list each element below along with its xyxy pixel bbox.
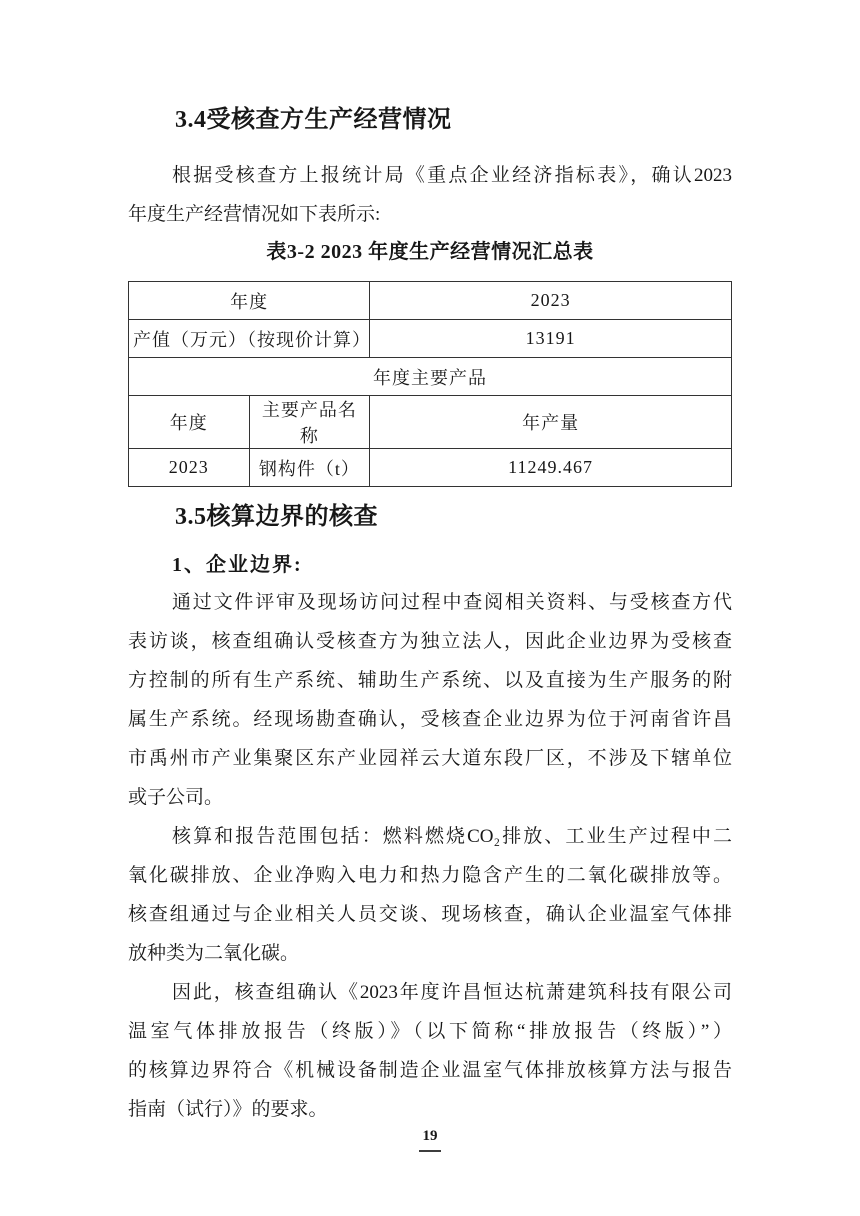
page-number-underline	[419, 1150, 441, 1152]
table-cell-data-year: 2023	[129, 449, 250, 487]
page-content: 3.4受核查方生产经营情况 根据受核查方上报统计局《重点企业经济指标表》，确认2…	[128, 0, 732, 1129]
text-line: 表访谈，核查组确认受核查方为独立法人，因此企业边界为受核查	[128, 622, 732, 661]
table-cell-output-value: 13191	[370, 320, 732, 358]
text-line: 核查组通过与企业相关人员交谈、现场核查，确认企业温室气体排	[128, 895, 732, 934]
text-line: 指南（试行）》的要求。	[128, 1090, 732, 1129]
subheading-enterprise-boundary: 1、企业边界:	[128, 549, 732, 581]
table-cell-data-product: 钢构件（t）	[249, 449, 370, 487]
boundary-paragraph: 通过文件评审及现场访问过程中查阅相关资料、与受核查方代表访谈，核查组确认受核查方…	[128, 583, 732, 817]
section-heading-3-4: 3.4受核查方生产经营情况	[128, 100, 732, 140]
table-row-year: 年度 2023	[129, 282, 732, 320]
table-row-columns-header: 年度 主要产品名称 年产量	[129, 396, 732, 449]
section-heading-3-5: 3.5核算边界的核查	[128, 497, 732, 537]
table-cell-data-output: 11249.467	[370, 449, 732, 487]
table-cell-output-label: 产值（万元）（按现价计算）	[129, 320, 370, 358]
text-line: 因此，核查组确认《2023年度许昌恒达杭萧建筑科技有限公司	[128, 973, 732, 1012]
table-cell-year-value: 2023	[370, 282, 732, 320]
document-page: { "document": { "section_34": { "heading…	[0, 0, 860, 1216]
table-title: 表3-2 2023 年度生产经营情况汇总表	[128, 234, 732, 270]
text-line: 的核算边界符合《机械设备制造企业温室气体排放核算方法与报告	[128, 1051, 732, 1090]
table-row-output-value: 产值（万元）（按现价计算） 13191	[129, 320, 732, 358]
page-footer: 19	[128, 1126, 732, 1152]
text-line: 或子公司。	[128, 778, 732, 817]
text-line: 根据受核查方上报统计局《重点企业经济指标表》，确认2023	[128, 156, 732, 195]
page-number: 19	[128, 1126, 732, 1146]
text-line: 属生产系统。经现场勘查确认，受核查企业边界为位于河南省许昌	[128, 700, 732, 739]
text-line: 市禹州市产业集聚区东产业园祥云大道东段厂区，不涉及下辖单位	[128, 739, 732, 778]
conclusion-paragraph: 因此，核查组确认《2023年度许昌恒达杭萧建筑科技有限公司温室气体排放报告（终版…	[128, 973, 732, 1129]
text-line: 放种类为二氧化碳。	[128, 934, 732, 973]
text-line: 氧化碳排放、企业净购入电力和热力隐含产生的二氧化碳排放等。	[128, 856, 732, 895]
table-cell-col-output: 年产量	[370, 396, 732, 449]
text-line: 年度生产经营情况如下表所示:	[128, 195, 732, 234]
text-line: 温室气体排放报告（终版）》（以下简称“排放报告（终版）”）	[128, 1012, 732, 1051]
table-row-products-header: 年度主要产品	[129, 358, 732, 396]
intro-paragraph: 根据受核查方上报统计局《重点企业经济指标表》，确认2023年度生产经营情况如下表…	[128, 156, 732, 234]
text-line: 方控制的所有生产系统、辅助生产系统、以及直接为生产服务的附	[128, 661, 732, 700]
table-cell-col-year: 年度	[129, 396, 250, 449]
table-cell-col-product: 主要产品名称	[249, 396, 370, 449]
text-line: 通过文件评审及现场访问过程中查阅相关资料、与受核查方代	[128, 583, 732, 622]
production-summary-table: 年度 2023 产值（万元）（按现价计算） 13191 年度主要产品 年度 主要…	[128, 281, 732, 487]
table-cell-products-header: 年度主要产品	[129, 358, 732, 396]
scope-paragraph: 核算和报告范围包括：燃料燃烧CO₂排放、工业生产过程中二氧化碳排放、企业净购入电…	[128, 817, 732, 973]
table-row-product-data: 2023 钢构件（t） 11249.467	[129, 449, 732, 487]
text-line: 核算和报告范围包括：燃料燃烧CO₂排放、工业生产过程中二	[128, 817, 732, 856]
table-cell-year-label: 年度	[129, 282, 370, 320]
